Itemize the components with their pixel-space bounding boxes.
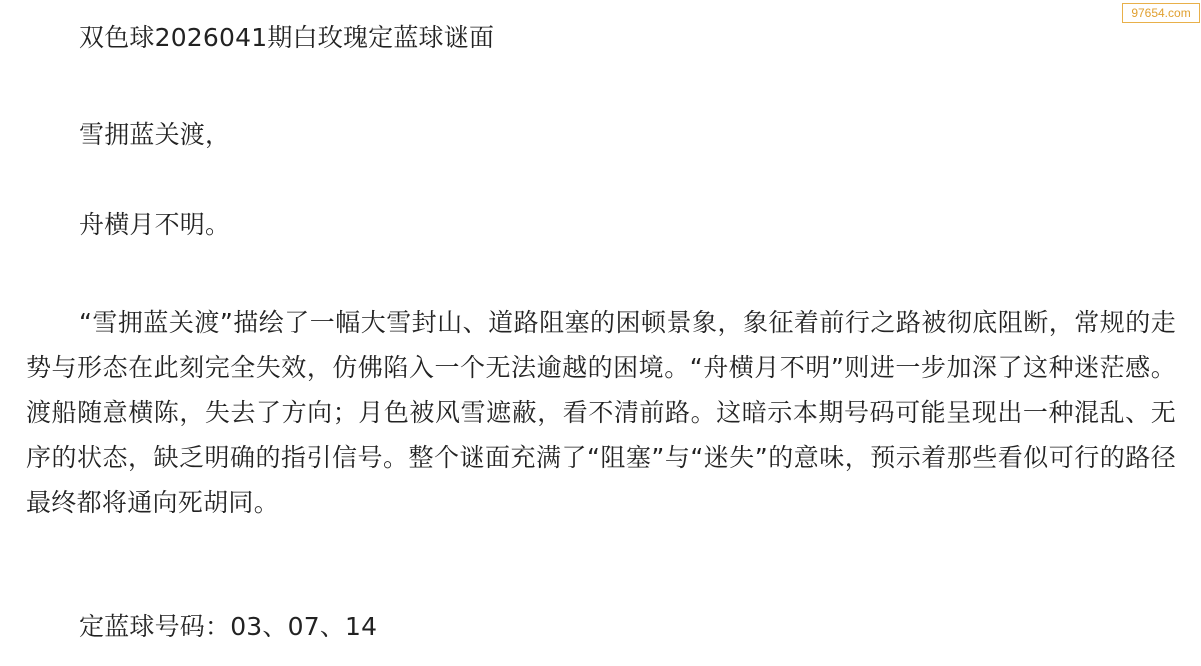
site-watermark: 97654.com [1122,3,1200,23]
riddle-line-1: 雪拥蓝关渡， [79,120,230,150]
riddle-analysis-paragraph: “雪拥蓝关渡”描绘了一幅大雪封山、道路阻塞的困顿景象，象征着前行之路被彻底阻断，… [26,300,1176,525]
blue-ball-numbers: 定蓝球号码：03、07、14 [79,612,377,642]
blue-ball-values: 03、07、14 [230,612,377,641]
blue-ball-label: 定蓝球号码： [79,612,230,641]
article-title: 双色球2026041期白玫瑰定蓝球谜面 [79,23,494,53]
riddle-line-2: 舟横月不明。 [79,210,230,240]
